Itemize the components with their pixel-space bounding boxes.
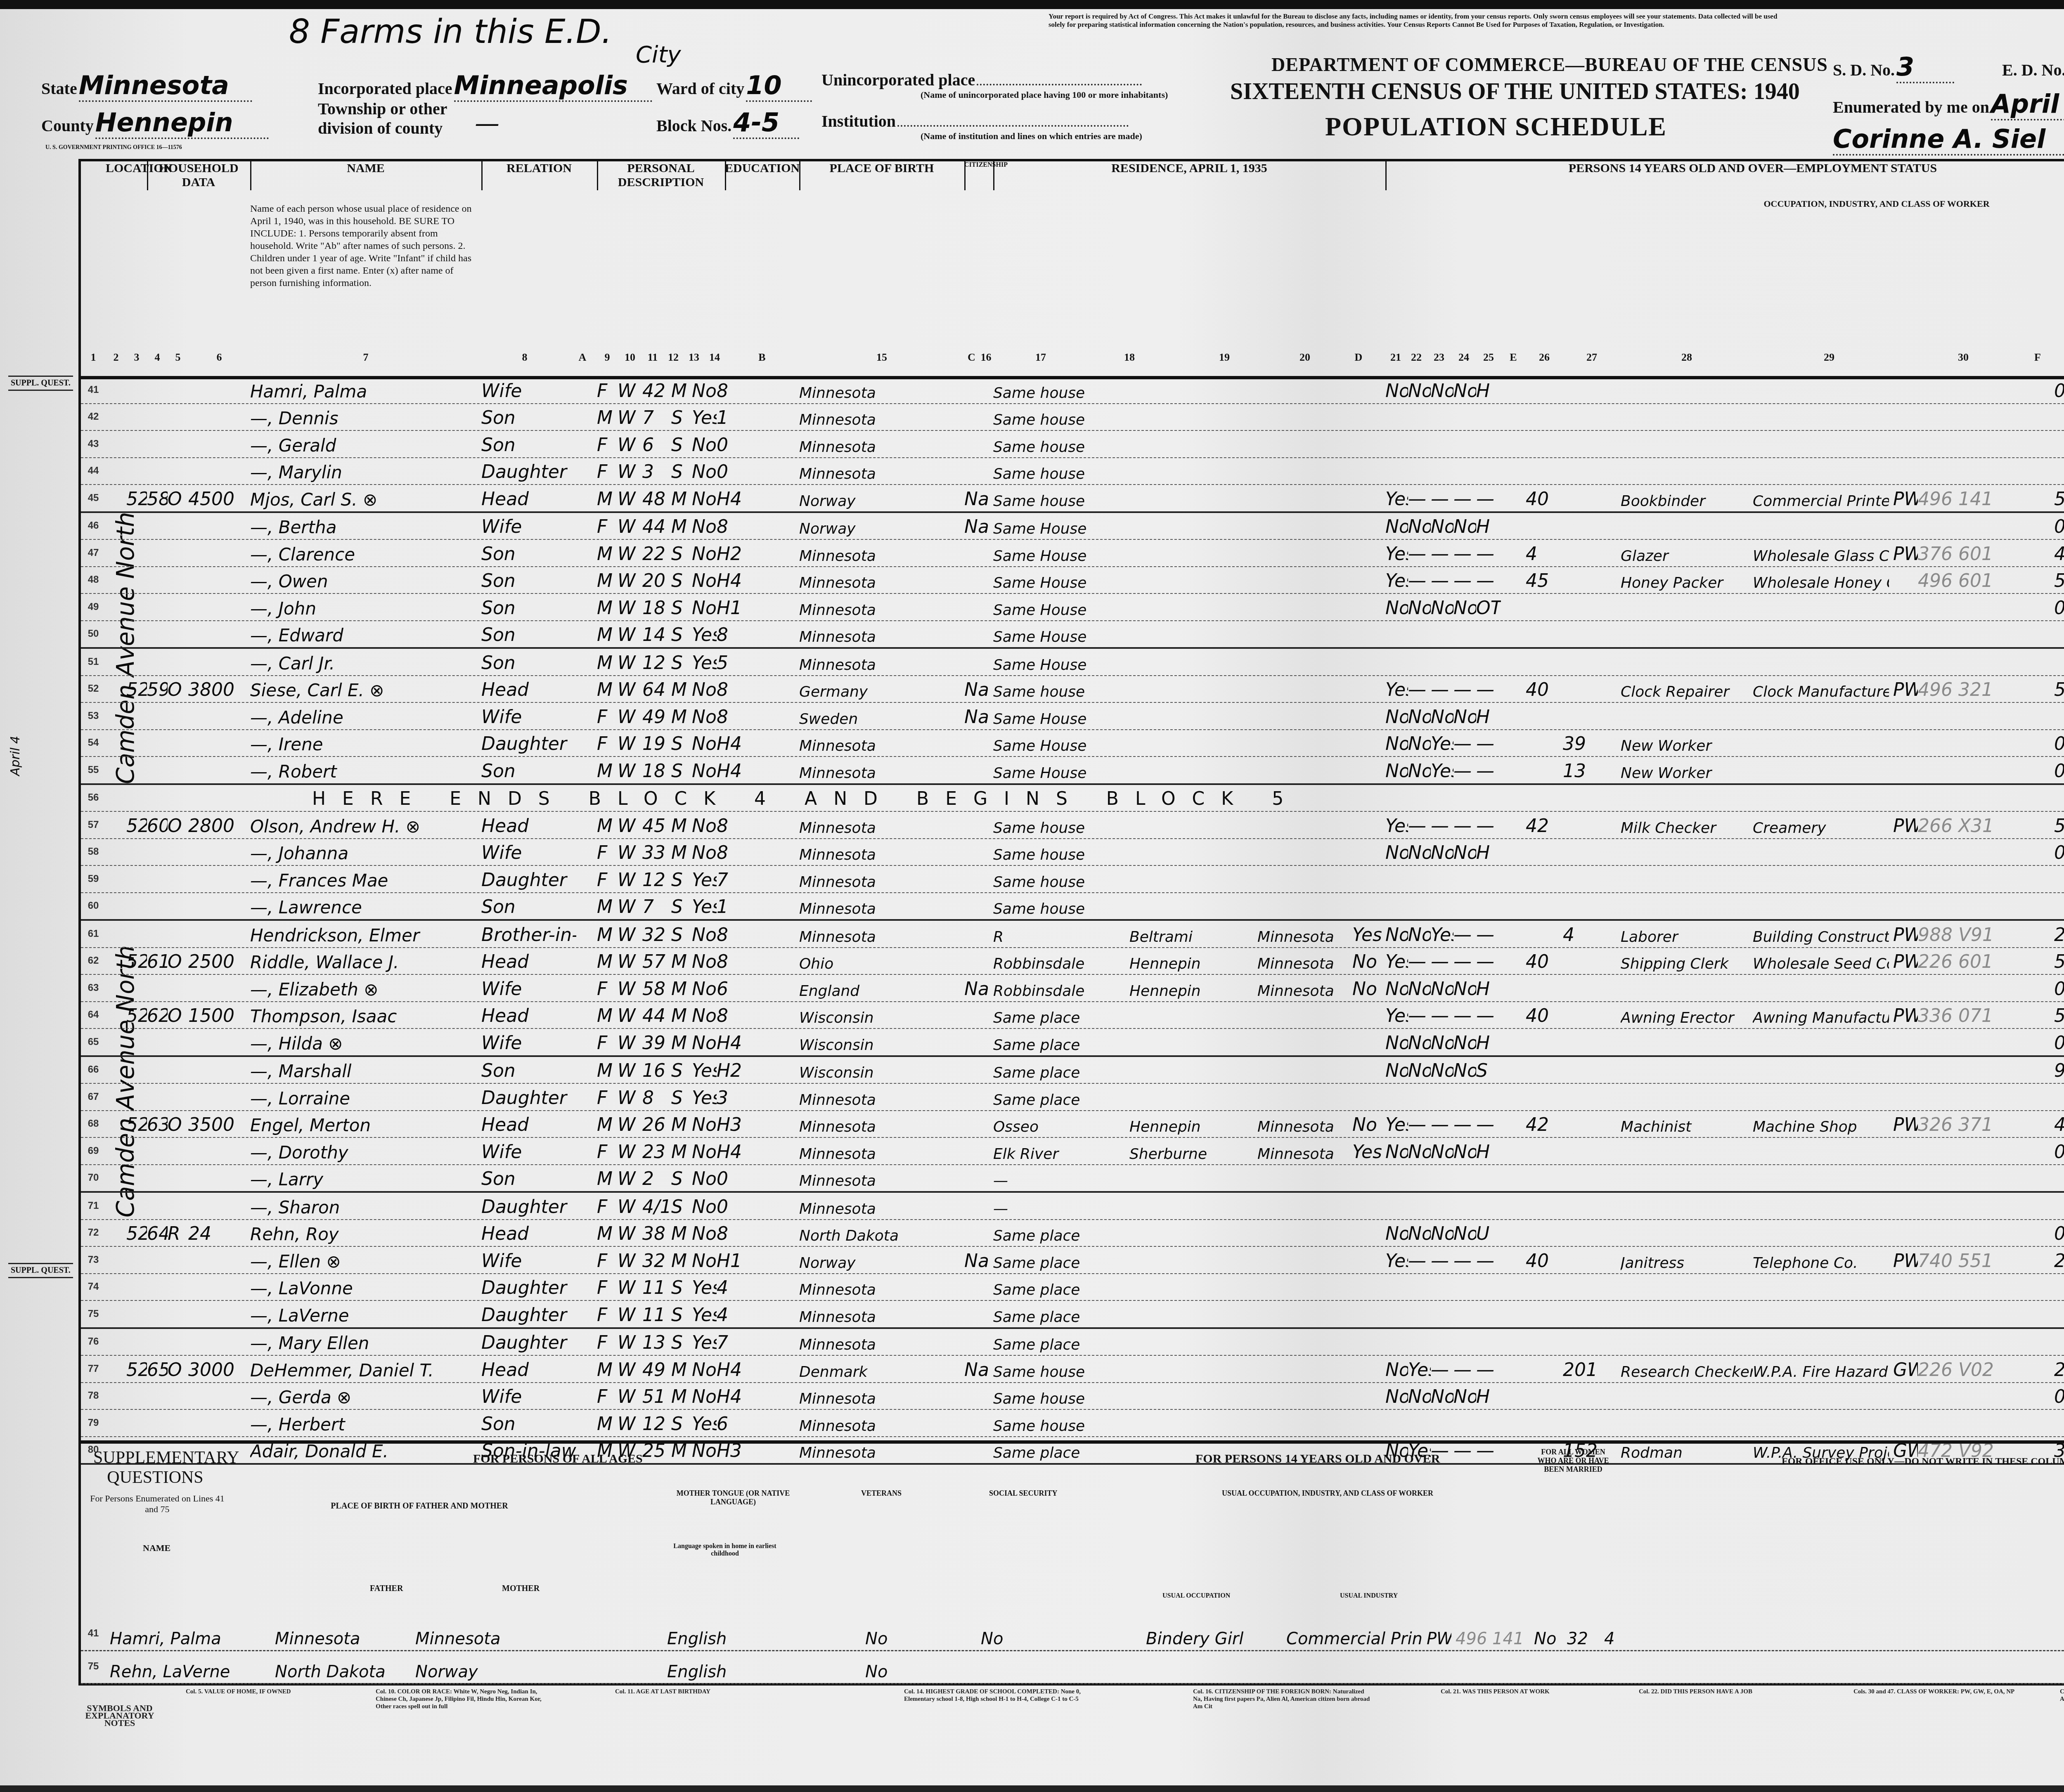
occupation-code <box>1918 1301 2033 1327</box>
weeks-unemployed <box>1563 866 1612 892</box>
birthplace: Minnesota <box>799 1138 948 1164</box>
person-name: —, Mary Ellen <box>250 1329 481 1355</box>
grade-completed: 8 <box>717 921 741 947</box>
col-24-has-job: — <box>1453 730 1476 757</box>
class-of-worker <box>1893 621 1918 648</box>
tenure <box>168 567 188 593</box>
age: 20 <box>642 567 671 593</box>
tenure: O <box>168 485 188 511</box>
residence-1935-state <box>1257 1274 1365 1300</box>
race: W <box>618 649 642 675</box>
relation: Daughter <box>481 730 576 757</box>
tenure <box>168 1329 188 1355</box>
col-24-has-job: No <box>1453 1220 1476 1246</box>
grade-completed: H2 <box>717 1057 741 1083</box>
visit-number <box>147 1193 168 1219</box>
relation: Head <box>481 948 576 974</box>
school-attendance: Yes <box>692 404 717 430</box>
residence-1935-county <box>1129 513 1253 539</box>
person-name: Thompson, Isaac <box>250 1002 481 1028</box>
col-25-activity: H <box>1476 975 1501 1001</box>
birthplace: Minnesota <box>799 921 948 947</box>
col-21-at-work <box>1385 893 1408 920</box>
person-name: —, Owen <box>250 567 481 593</box>
scan-bottom-edge <box>0 1785 2064 1792</box>
house-number <box>126 1383 147 1409</box>
residence-1935-state <box>1257 812 1365 838</box>
line-number: 71 <box>81 1193 106 1219</box>
residence-1935-state <box>1257 513 1365 539</box>
usual-industry <box>1286 1650 1423 1683</box>
sex: M <box>597 812 618 838</box>
industry <box>1753 839 1889 865</box>
col-22-emergency-work: — <box>1408 485 1431 511</box>
residence-1935-farm <box>1352 404 1385 430</box>
person-name: —, Hilda ⊗ <box>250 1029 481 1055</box>
marital-status: S <box>671 1274 692 1300</box>
residence-1935-farm <box>1352 1165 1385 1192</box>
person-name: —, Herbert <box>250 1410 481 1436</box>
industry <box>1753 1329 1889 1355</box>
relation: Wife <box>481 1247 576 1273</box>
col-22-emergency-work: No <box>1408 921 1431 947</box>
race: W <box>618 1193 642 1219</box>
father-birthplace: North Dakota <box>275 1650 411 1683</box>
occupation <box>1621 1193 1753 1219</box>
weeks-worked: 26 <box>2054 1247 2064 1273</box>
weeks-worked: 0 <box>2054 975 2064 1001</box>
residence-1935-county <box>1129 1029 1253 1055</box>
column-number: A <box>568 351 597 364</box>
weeks-worked <box>2054 649 2064 675</box>
weeks-worked: 27 <box>2054 1356 2064 1382</box>
visit-number <box>147 921 168 947</box>
person-name: Rehn, LaVerne <box>110 1650 267 1683</box>
house-number <box>126 703 147 729</box>
col-22-emergency-work <box>1408 404 1431 430</box>
residence-1935-farm <box>1352 703 1385 729</box>
birthplace: Minnesota <box>799 594 948 620</box>
visit-number <box>147 1301 168 1327</box>
table-row: 62523961O2500Riddle, Wallace J.HeadMW57M… <box>81 948 2064 975</box>
col-25-activity: H <box>1476 703 1501 729</box>
col-24-has-job <box>1453 649 1476 675</box>
age: 11 <box>642 1274 671 1300</box>
line-number: 53 <box>81 703 106 729</box>
citizenship <box>964 1274 993 1300</box>
column-number: 5 <box>168 351 188 364</box>
citizenship <box>964 649 993 675</box>
incorporated-place-field: Incorporated place Minneapolis <box>318 70 652 102</box>
enumerator-field: Corinne A. Siel , Enumerator. <box>1833 124 2064 156</box>
column-number: 13 <box>684 351 704 364</box>
residence-1935-city: Same house <box>993 1356 1125 1382</box>
citizenship <box>964 921 993 947</box>
class-of-worker: PW <box>1893 812 1918 838</box>
tenure <box>168 594 188 620</box>
industry: Wholesale Glass Company <box>1753 540 1889 566</box>
home-value <box>188 730 238 757</box>
industry <box>1753 1274 1889 1300</box>
table-row: 53—, AdelineWifeFW49MNo8SwedenNaSame Hou… <box>81 703 2064 730</box>
col-22-emergency-work <box>1408 1193 1431 1219</box>
supp-title: SUPPLEMENTARY QUESTIONS <box>93 1448 217 1487</box>
col-25-activity: H <box>1476 839 1501 865</box>
col-21-at-work <box>1385 458 1408 485</box>
visit-number <box>147 1247 168 1273</box>
school-attendance: No <box>692 676 717 702</box>
sex: F <box>597 1029 618 1055</box>
visit-number <box>147 1057 168 1083</box>
residence-1935-city: Same House <box>993 621 1125 648</box>
age: 12 <box>642 866 671 892</box>
residence-1935-city: Same place <box>993 1329 1125 1355</box>
birthplace: Ohio <box>799 948 948 974</box>
residence-1935-city: Same house <box>993 893 1125 920</box>
tenure <box>168 1410 188 1436</box>
column-number: 10 <box>618 351 642 364</box>
unincorporated-label: Unincorporated place <box>821 71 975 89</box>
residence-1935-state <box>1257 431 1365 457</box>
person-name: —, Lorraine <box>250 1084 481 1110</box>
col-23-seeking-work: — <box>1431 1111 1453 1137</box>
class-of-worker <box>1893 567 1918 593</box>
residence-1935-farm <box>1352 1274 1385 1300</box>
hours-worked: 40 <box>1526 485 1559 511</box>
residence-1935-county <box>1129 649 1253 675</box>
birthplace: Minnesota <box>799 649 948 675</box>
residence-1935-farm <box>1352 1356 1385 1382</box>
industry <box>1753 1410 1889 1436</box>
col-21-at-work: Yes <box>1385 1111 1408 1137</box>
col-23-seeking-work: — <box>1431 540 1453 566</box>
birthplace: Minnesota <box>799 839 948 865</box>
sd-value: 3 <box>1896 52 1954 83</box>
sex: F <box>597 1193 618 1219</box>
hours-worked: 45 <box>1526 567 1559 593</box>
col-24-has-job <box>1453 1329 1476 1355</box>
col-25-activity: — <box>1476 1111 1501 1137</box>
residence-1935-farm <box>1352 1329 1385 1355</box>
hours-worked: 40 <box>1526 948 1559 974</box>
mother-tongue: English <box>667 1650 791 1683</box>
col-24-has-job: No <box>1453 513 1476 539</box>
line-number: 44 <box>81 458 106 485</box>
col-23-seeking-work: Yes <box>1431 757 1453 783</box>
occupation <box>1621 703 1753 729</box>
citizenship <box>964 1084 993 1110</box>
column-number: 30 <box>1905 351 2021 364</box>
occupation-code <box>1918 1029 2033 1055</box>
weeks-worked: 26 <box>2054 921 2064 947</box>
house-number <box>126 594 147 620</box>
class-of-worker <box>1893 1383 1918 1409</box>
residence-1935-city: Same place <box>993 1274 1125 1300</box>
col-24-has-job <box>1453 1410 1476 1436</box>
column-number: 4 <box>147 351 168 364</box>
line-number: 42 <box>81 404 106 430</box>
birthplace: Minnesota <box>799 1329 948 1355</box>
table-row: 50—, EdwardSonMW14SYes8MinnesotaSame Hou… <box>81 621 2064 649</box>
age: 16 <box>642 1057 671 1083</box>
supp-ss-header: SOCIAL SECURITY <box>989 1489 1058 1498</box>
supp-office: FOR OFFICE USE ONLY—DO NOT WRITE IN THES… <box>1782 1456 2064 1467</box>
residence-1935-county <box>1129 1220 1253 1246</box>
weeks-worked <box>2054 1301 2064 1327</box>
township-value: — <box>475 109 499 138</box>
col-22-emergency-work: — <box>1408 540 1431 566</box>
hours-worked <box>1526 757 1559 783</box>
col-23-seeking-work: Yes <box>1431 921 1453 947</box>
class-of-worker <box>1893 975 1918 1001</box>
column-number: 31 <box>2054 351 2064 364</box>
relation: Son <box>481 1057 576 1083</box>
citizenship <box>964 1057 993 1083</box>
weeks-unemployed <box>1563 1220 1612 1246</box>
ward-field: Ward of city 10 <box>656 70 812 102</box>
residence-1935-county <box>1129 1383 1253 1409</box>
sex: F <box>597 1329 618 1355</box>
col-22-emergency-work: — <box>1408 1002 1431 1028</box>
residence-1935-county <box>1129 839 1253 865</box>
residence-1935-state <box>1257 377 1365 403</box>
residence-1935-farm <box>1352 1084 1385 1110</box>
column-number: 29 <box>1753 351 1905 364</box>
residence-1935-state <box>1257 1383 1365 1409</box>
citizenship <box>964 621 993 648</box>
marital-status: S <box>671 540 692 566</box>
line-number: 67 <box>81 1084 106 1110</box>
residence-1935-farm <box>1352 866 1385 892</box>
race: W <box>618 757 642 783</box>
occupation: Research Checker <box>1621 1356 1753 1382</box>
occupation <box>1621 1084 1753 1110</box>
school-attendance: Yes <box>692 1084 717 1110</box>
residence-1935-county: Beltrami <box>1129 921 1253 947</box>
grade-completed: H4 <box>717 730 741 757</box>
age: 48 <box>642 485 671 511</box>
table-row: 56HERE ENDS BLOCK 4 AND BEGINS BLOCK 556 <box>81 785 2064 812</box>
table-row: 79—, HerbertSonMW12SYes6MinnesotaSame ho… <box>81 1410 2064 1437</box>
birthplace: Minnesota <box>799 866 948 892</box>
tenure <box>168 621 188 648</box>
col-23-seeking-work <box>1431 1301 1453 1327</box>
occupation <box>1621 621 1753 648</box>
sex: F <box>597 458 618 485</box>
marital-status: M <box>671 1029 692 1055</box>
line-number: 68 <box>81 1111 106 1137</box>
col-24-has-job: — <box>1453 485 1476 511</box>
house-number <box>126 921 147 947</box>
weeks-unemployed <box>1563 594 1612 620</box>
residence-1935-state <box>1257 404 1365 430</box>
sex: F <box>597 1301 618 1327</box>
person-name: —, Dorothy <box>250 1138 481 1164</box>
relation: Head <box>481 1002 576 1028</box>
weeks-unemployed: 4 <box>1563 921 1612 947</box>
race: W <box>618 1002 642 1028</box>
visit-number: 60 <box>147 812 168 838</box>
grade-completed: H4 <box>717 567 741 593</box>
birthplace: Minnesota <box>799 730 948 757</box>
township-field: Township or other division of county <box>318 99 458 138</box>
residence-1935-farm <box>1352 1383 1385 1409</box>
residence-1935-state <box>1257 567 1365 593</box>
residence-1935-county <box>1129 1057 1253 1083</box>
residence-1935-county <box>1129 730 1253 757</box>
col-24-has-job: No <box>1453 594 1476 620</box>
house-number <box>126 431 147 457</box>
residence-1935-state: Minnesota <box>1257 1138 1365 1164</box>
col-22-emergency-work: — <box>1408 567 1431 593</box>
col-21-at-work: Yes <box>1385 1247 1408 1273</box>
weeks-worked <box>2054 703 2064 729</box>
weeks-worked <box>2054 866 2064 892</box>
name-instructions: Name of each person whose usual place of… <box>250 203 473 289</box>
department-title: DEPARTMENT OF COMMERCE—BUREAU OF THE CEN… <box>1271 54 1828 76</box>
house-number <box>126 649 147 675</box>
visit-number <box>147 703 168 729</box>
residence-1935-farm <box>1352 458 1385 485</box>
residence-1935-county <box>1129 1356 1253 1382</box>
col-22-emergency-work: No <box>1408 513 1431 539</box>
column-number: 26 <box>1526 351 1563 364</box>
class-of-worker <box>1893 1220 1918 1246</box>
school-attendance: Yes <box>692 1410 717 1436</box>
visit-number <box>147 594 168 620</box>
school-attendance: No <box>692 948 717 974</box>
house-number <box>126 1084 147 1110</box>
residence-1935-city: Same house <box>993 839 1125 865</box>
residence-1935-county <box>1129 1084 1253 1110</box>
hours-worked: 42 <box>1526 1111 1559 1137</box>
birthplace: Norway <box>799 485 948 511</box>
marital-status: M <box>671 1247 692 1273</box>
weeks-worked: 52 <box>2054 485 2064 511</box>
relation: Daughter <box>481 1193 576 1219</box>
marital-status: M <box>671 839 692 865</box>
sex: F <box>597 866 618 892</box>
block-boundary-note: HERE ENDS BLOCK 4 AND BEGINS BLOCK 5 <box>312 785 1303 811</box>
race: W <box>618 594 642 620</box>
residence-1935-city: Same house <box>993 458 1125 485</box>
relation: Wife <box>481 975 576 1001</box>
visit-number <box>147 404 168 430</box>
note-8: Cols. 30 and 47. CLASS OF WORKER: PW, GW… <box>1853 1688 2035 1695</box>
col-24-has-job <box>1453 1084 1476 1110</box>
school-attendance: No <box>692 1138 717 1164</box>
school-attendance: No <box>692 1220 717 1246</box>
relation: Son <box>481 1410 576 1436</box>
weeks-unemployed <box>1563 1165 1612 1192</box>
occupation <box>1621 1301 1753 1327</box>
col-22-emergency-work <box>1408 1084 1431 1110</box>
col-22-emergency-work: No <box>1408 594 1431 620</box>
ed-label: E. D. No. <box>2002 61 2064 79</box>
col-21-at-work <box>1385 1410 1408 1436</box>
occupation: New Worker <box>1621 730 1753 757</box>
table-row: 57524160O2800Olson, Andrew H. ⊗HeadMW45M… <box>81 812 2064 839</box>
visit-number <box>147 431 168 457</box>
occupation <box>1621 975 1753 1001</box>
marital-status: S <box>671 921 692 947</box>
residence-1935-farm <box>1352 1057 1385 1083</box>
col-23-seeking-work: No <box>1431 839 1453 865</box>
col-22-emergency-work: — <box>1408 812 1431 838</box>
col-23-seeking-work: No <box>1431 594 1453 620</box>
children-ever-born: 4 <box>1604 1617 1637 1650</box>
col-22-emergency-work: No <box>1408 703 1431 729</box>
birthplace: Minnesota <box>799 1301 948 1327</box>
industry: Wholesale Honey Co. <box>1753 567 1889 593</box>
tenure <box>168 893 188 920</box>
birthplace: Minnesota <box>799 431 948 457</box>
hours-worked <box>1526 458 1559 485</box>
institution-note: (Name of institution and lines on which … <box>821 131 1142 142</box>
class-of-worker <box>1893 1084 1918 1110</box>
col-24-has-job: — <box>1453 1247 1476 1273</box>
age: 4/12 <box>642 1193 671 1219</box>
notes-title: SYMBOLS AND EXPLANATORY NOTES <box>78 1705 161 1727</box>
line-number: 57 <box>81 812 106 838</box>
citizenship <box>964 1138 993 1164</box>
residence-1935-farm: Yes <box>1352 921 1385 947</box>
sex: M <box>597 1165 618 1192</box>
race: W <box>618 540 642 566</box>
industry <box>1753 1165 1889 1192</box>
residence-1935-state <box>1257 1356 1365 1382</box>
person-name: —, Gerald <box>250 431 481 457</box>
occupation <box>1621 1220 1753 1246</box>
visit-number: 63 <box>147 1111 168 1137</box>
residence-1935-city: Same House <box>993 567 1125 593</box>
block-field: Block Nos. 4-5 <box>656 107 799 139</box>
col-25-activity: H <box>1476 513 1501 539</box>
grade-completed: 1 <box>717 893 741 920</box>
grade-completed: 6 <box>717 975 741 1001</box>
age: 19 <box>642 730 671 757</box>
house-number <box>126 621 147 648</box>
col-23-seeking-work: Yes <box>1431 730 1453 757</box>
col-24-has-job: — <box>1453 567 1476 593</box>
race: W <box>618 730 642 757</box>
weeks-unemployed <box>1563 975 1612 1001</box>
weeks-unemployed <box>1563 377 1612 403</box>
race: W <box>618 1329 642 1355</box>
col-23-seeking-work <box>1431 1084 1453 1110</box>
col-25-activity: — <box>1476 1356 1501 1382</box>
house-number <box>126 458 147 485</box>
relation: Head <box>481 1111 576 1137</box>
mother-tongue: English <box>667 1617 791 1650</box>
hours-worked <box>1526 1329 1559 1355</box>
col-21-at-work: Yes <box>1385 676 1408 702</box>
line-number: 65 <box>81 1029 106 1055</box>
occupation <box>1621 1165 1753 1192</box>
col-23-seeking-work: No <box>1431 1220 1453 1246</box>
class-of-worker <box>1893 431 1918 457</box>
relation: Son <box>481 649 576 675</box>
col-22-emergency-work: — <box>1408 1111 1431 1137</box>
line-number: 62 <box>81 948 106 974</box>
weeks-worked: 0 <box>2054 1029 2064 1055</box>
school-attendance: No <box>692 377 717 403</box>
col-25-activity: H <box>1476 377 1501 403</box>
relation: Daughter <box>481 1329 576 1355</box>
hours-worked <box>1526 921 1559 947</box>
home-value <box>188 1138 238 1164</box>
line-number: 41 <box>81 377 106 403</box>
